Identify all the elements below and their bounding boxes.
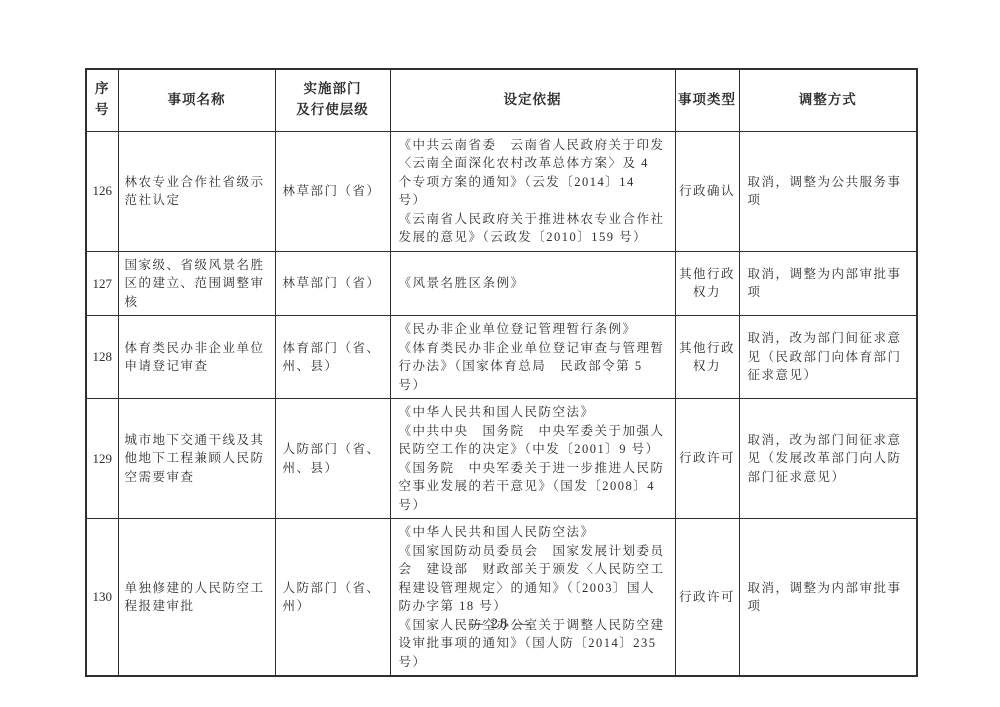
cell-number: 129 <box>86 399 118 519</box>
cell-department: 林草部门（省） <box>275 251 390 316</box>
cell-number: 128 <box>86 316 118 399</box>
cell-number: 127 <box>86 251 118 316</box>
cell-adjustment: 取消，调整为内部审批事项 <box>739 251 917 316</box>
cell-adjustment: 取消，改为部门间征求意见（民政部门向体育部门征求意见） <box>739 316 917 399</box>
table-row: 128 体育类民办非企业单位申请登记审查 体育部门（省、州、县） 《民办非企业单… <box>86 316 917 399</box>
cell-department: 人防部门（省、州、县） <box>275 399 390 519</box>
col-header-adjustment: 调整方式 <box>739 69 917 131</box>
cell-basis: 《民办非企业单位登记管理暂行条例》 《体育类民办非企业单位登记审查与管理暂行办法… <box>390 316 675 399</box>
cell-basis: 《风景名胜区条例》 <box>390 251 675 316</box>
cell-adjustment: 取消，改为部门间征求意见（发展改革部门向人防部门征求意见） <box>739 399 917 519</box>
table-row: 129 城市地下交通干线及其他地下工程兼顾人民防空需要审查 人防部门（省、州、县… <box>86 399 917 519</box>
cell-item-name: 体育类民办非企业单位申请登记审查 <box>118 316 275 399</box>
cell-item-type: 行政确认 <box>675 131 739 251</box>
cell-department: 人防部门（省、州） <box>275 519 390 677</box>
cell-item-name: 单独修建的人民防空工程报建审批 <box>118 519 275 677</box>
col-header-item-name: 事项名称 <box>118 69 275 131</box>
table-row: 126 林农专业合作社省级示范社认定 林草部门（省） 《中共云南省委 云南省人民… <box>86 131 917 251</box>
table-row: 127 国家级、省级风景名胜区的建立、范围调整审核 林草部门（省） 《风景名胜区… <box>86 251 917 316</box>
cell-number: 126 <box>86 131 118 251</box>
table-header-row: 序 号 事项名称 实施部门 及行使层级 设定依据 事项类型 调整方式 <box>86 69 917 131</box>
cell-item-type: 行政许可 <box>675 399 739 519</box>
cell-adjustment: 取消，调整为内部审批事项 <box>739 519 917 677</box>
cell-item-name: 城市地下交通干线及其他地下工程兼顾人民防空需要审查 <box>118 399 275 519</box>
cell-basis: 《中华人民共和国人民防空法》 《中共中央 国务院 中央军委关于加强人民防空工作的… <box>390 399 675 519</box>
cell-item-type: 其他行政权力 <box>675 316 739 399</box>
col-header-item-type: 事项类型 <box>675 69 739 131</box>
cell-department: 体育部门（省、州、县） <box>275 316 390 399</box>
cell-item-type: 其他行政权力 <box>675 251 739 316</box>
cell-item-name: 林农专业合作社省级示范社认定 <box>118 131 275 251</box>
col-header-department: 实施部门 及行使层级 <box>275 69 390 131</box>
cell-number: 130 <box>86 519 118 677</box>
cell-basis: 《中华人民共和国人民防空法》 《国家国防动员委员会 国家发展计划委员会 建设部 … <box>390 519 675 677</box>
page-number: — 28 — <box>0 616 1000 633</box>
col-header-number: 序 号 <box>86 69 118 131</box>
document-page: 序 号 事项名称 实施部门 及行使层级 设定依据 事项类型 调整方式 126 林… <box>0 0 1000 707</box>
cell-department: 林草部门（省） <box>275 131 390 251</box>
col-header-basis: 设定依据 <box>390 69 675 131</box>
cell-adjustment: 取消，调整为公共服务事项 <box>739 131 917 251</box>
approval-items-table: 序 号 事项名称 实施部门 及行使层级 设定依据 事项类型 调整方式 126 林… <box>85 68 918 677</box>
cell-item-type: 行政许可 <box>675 519 739 677</box>
cell-item-name: 国家级、省级风景名胜区的建立、范围调整审核 <box>118 251 275 316</box>
cell-basis: 《中共云南省委 云南省人民政府关于印发〈云南全面深化农村改革总体方案〉及 4 个… <box>390 131 675 251</box>
table-row: 130 单独修建的人民防空工程报建审批 人防部门（省、州） 《中华人民共和国人民… <box>86 519 917 677</box>
